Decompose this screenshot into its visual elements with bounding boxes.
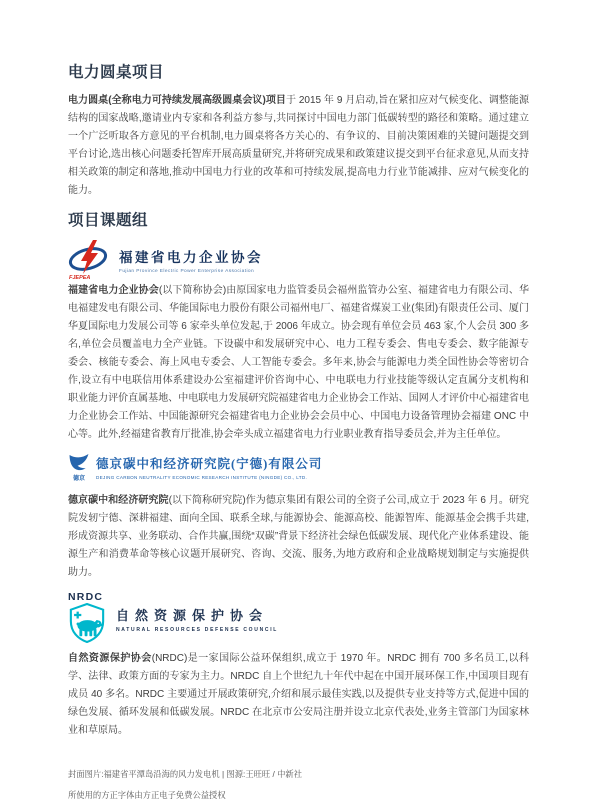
nrdc-name-cn: 自然资源保护协会 — [116, 605, 278, 624]
dejing-swoosh-icon — [68, 454, 90, 471]
font-license-note: 所使用的方正字体由方正电子免费公益授权 — [68, 785, 529, 806]
fjepea-paragraph-lead: 福建省电力企业协会 — [68, 285, 159, 296]
fjepea-abbr-text: FJEPEA — [69, 275, 90, 280]
fjepea-paragraph: 福建省电力企业协会(以下简称协会)由原国家电力监管委员会福州监管办公室、福建省电… — [68, 282, 529, 444]
cover-image-credit: 封面图片:福建省平潭岛沿海的风力发电机 | 图源:王旺旺 / 中新社 — [68, 764, 529, 785]
fjepea-lightning-icon: FJEPEA — [68, 240, 110, 280]
nrdc-logo: NRDC 自然资源保护协会 NATURA — [68, 592, 529, 644]
dejing-logo-text: 德京碳中和经济研究院(宁德)有限公司 DEJING CARBON NEUTRAL… — [96, 454, 322, 480]
roundtable-section-title: 电力圆桌项目 — [68, 62, 529, 84]
nrdc-paragraph: 自然资源保护协会(NRDC)是一家国际公益环保组织,成立于 1970 年。NRD… — [68, 650, 529, 740]
nrdc-name-en: NATURAL RESOURCES DEFENSE COUNCIL — [116, 627, 278, 633]
footer: 封面图片:福建省平潭岛沿海的风力发电机 | 图源:王旺旺 / 中新社 所使用的方… — [68, 764, 529, 806]
fjepea-logo-text: 福建省电力企业协会 Fujian Province Electric Power… — [119, 246, 263, 274]
roundtable-paragraph-text: 于 2015 年 9 月启动,旨在紧扣应对气候变化、调整能源结构的国家战略,邀请… — [68, 95, 529, 196]
dejing-name-en: DEJING CARBON NEUTRALITY ECONOMIC RESEAR… — [96, 475, 322, 480]
document-page: 电力圆桌项目 电力圆桌(全称电力可持续发展高级圆桌会议)项目于 2015 年 9… — [0, 0, 595, 807]
nrdc-badge: NRDC — [68, 592, 106, 643]
dejing-paragraph-text: (以下简称研究院)作为德京集团有限公司的全资子公司,成立于 2023 年 6 月… — [68, 495, 529, 578]
dejing-icon-block: 德京 — [68, 454, 90, 483]
team-section-title: 项目课题组 — [68, 210, 529, 232]
fjepea-name-en: Fujian Province Electric Power Enterpris… — [119, 269, 263, 274]
nrdc-wordmark: NRDC — [68, 592, 103, 603]
fjepea-logo: FJEPEA 福建省电力企业协会 Fujian Province Electri… — [68, 240, 529, 280]
nrdc-logo-text: 自然资源保护协会 NATURAL RESOURCES DEFENSE COUNC… — [116, 605, 278, 633]
dejing-paragraph-lead: 德京碳中和经济研究院 — [68, 495, 169, 506]
roundtable-paragraph-lead: 电力圆桌(全称电力可持续发展高级圆桌会议)项目 — [68, 95, 286, 106]
roundtable-paragraph: 电力圆桌(全称电力可持续发展高级圆桌会议)项目于 2015 年 9 月启动,旨在… — [68, 92, 529, 200]
nrdc-polar-bear-shield-icon — [68, 603, 106, 643]
dejing-abbr-text: 德京 — [68, 476, 90, 483]
dejing-paragraph: 德京碳中和经济研究院(以下简称研究院)作为德京集团有限公司的全资子公司,成立于 … — [68, 492, 529, 582]
nrdc-paragraph-lead: 自然资源保护协会 — [68, 653, 152, 664]
fjepea-paragraph-text: (以下简称协会)由原国家电力监管委员会福州监管办公室、福建省电力有限公司、华电福… — [68, 285, 529, 440]
dejing-logo: 德京 德京碳中和经济研究院(宁德)有限公司 DEJING CARBON NEUT… — [68, 454, 529, 486]
nrdc-paragraph-text: (NRDC)是一家国际公益环保组织,成立于 1970 年。NRDC 拥有 700… — [68, 653, 529, 736]
fjepea-name-cn: 福建省电力企业协会 — [119, 246, 263, 266]
dejing-name-cn: 德京碳中和经济研究院(宁德)有限公司 — [96, 454, 322, 472]
